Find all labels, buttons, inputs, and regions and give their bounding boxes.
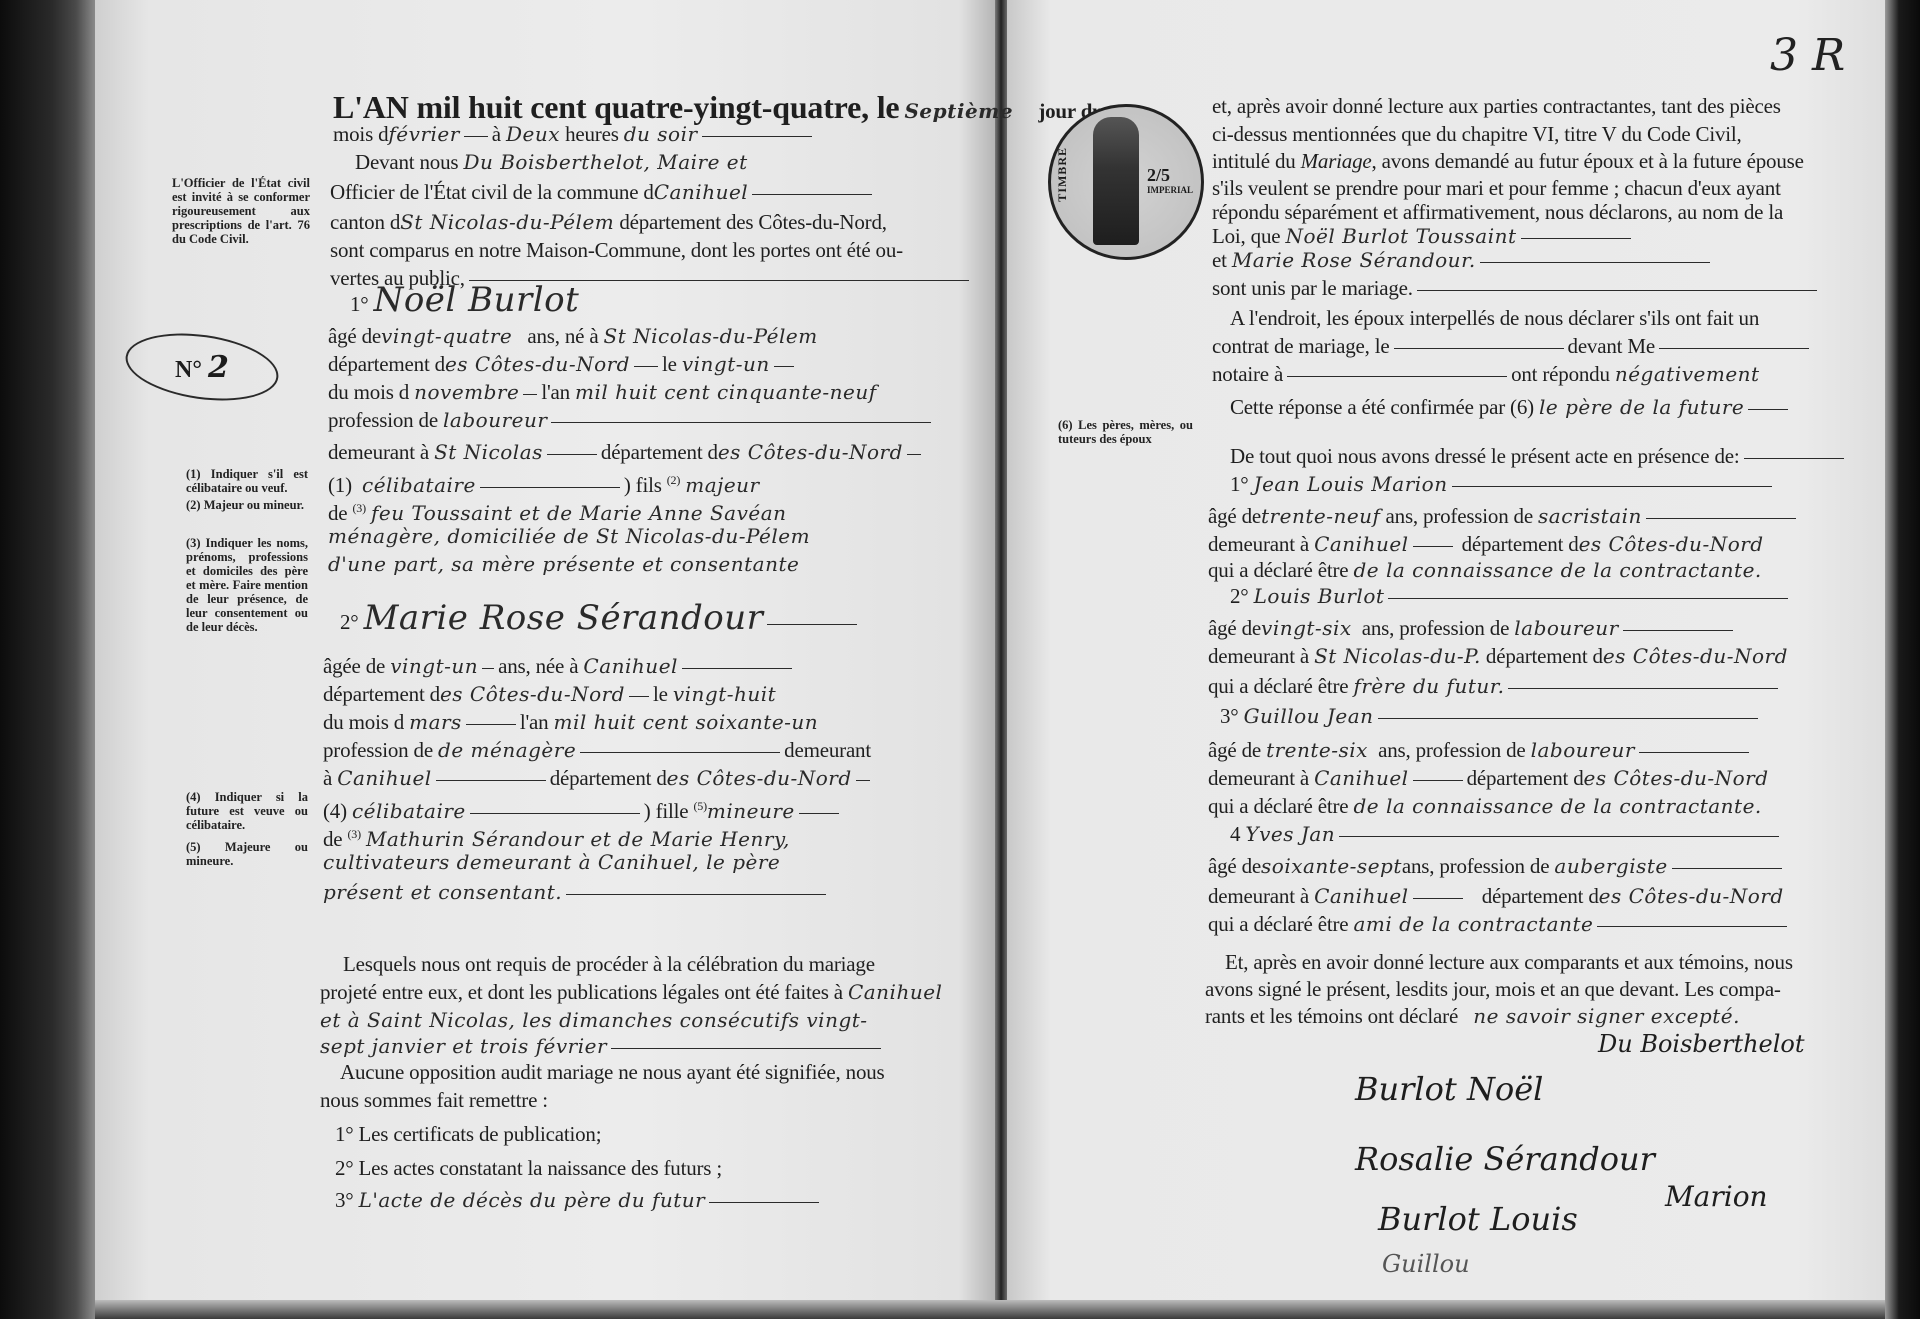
declaration-line-2: ci-dessus mentionnées que du chapitre VI… [1212,122,1742,146]
contract-line-1: A l'endroit, les époux interpellés de no… [1230,306,1759,330]
signature-mayor: Du Boisberthelot [1598,1030,1805,1058]
declaration-line-4: s'ils veulent se prendre pour mari et po… [1212,176,1781,200]
groom-age-line: âgé devingt-quatre ans, né à St Nicolas-… [328,324,818,348]
stamp-sub: IMPERIAL [1147,185,1193,195]
folio-number: 3 R [1770,30,1845,81]
witness-3-age-line: âgé de trente-six ans, profession de lab… [1208,738,1753,762]
witness-3-relation-line: qui a déclaré être de la connaissance de… [1208,794,1762,818]
groom-profession-line: profession de laboureur [328,408,935,432]
witnesses-intro: De tout quoi nous avons dressé le présen… [1230,444,1848,468]
declaration-line-3: intitulé du Mariage, avons demandé au fu… [1212,149,1804,173]
witness-2-residence-line: demeurant à St Nicolas-du-P. département… [1208,644,1788,668]
witness-2-relation-line: qui a déclaré être frère du futur. [1208,674,1782,698]
publications-line-4: sept janvier et trois février [320,1034,885,1058]
header-line-4: Officier de l'État civil de la commune d… [330,180,876,204]
documents-item-2: 2° Les actes constatant la naissance des… [335,1156,722,1180]
act-number: N°2 [175,350,229,385]
bride-birth-dept-line: département des Côtes-du-Nordle vingt-hu… [323,682,776,706]
publications-line-1: Lesquels nous ont requis de procéder à l… [343,952,875,976]
witness-2-age-line: âgé devingt-six ans, profession de labou… [1208,616,1737,640]
signature-guillou: Guillou [1382,1250,1470,1278]
groom-parents-line-3: d'une part, sa mère présente et consenta… [328,552,799,576]
book-binding-left [0,0,95,1319]
publications-line-6: nous sommes fait remettre : [320,1088,548,1112]
publications-line-5: Aucune opposition audit mariage ne nous … [340,1060,885,1084]
bride-residence-line: à Canihueldépartement des Côtes-du-Nord [323,766,874,790]
publications-line-3: et à Saint Nicolas, les dimanches conséc… [320,1008,868,1032]
declaration-line-6: Loi, que Noël Burlot Toussaint [1212,224,1635,248]
header-line-3: Devant nous Du Boisberthelot, Maire et [355,150,748,174]
declaration-line-8: sont unis par le mariage. [1212,276,1821,300]
bride-parents-line-3: présent et consentant. [323,880,830,904]
documents-item-3: 3° L'acte de décès du père du futur [335,1188,823,1212]
bride-parents-line-1: de (3) Mathurin Sérandour et de Marie He… [323,822,790,851]
publications-line-2: projeté entre eux, et dont les publicati… [320,980,942,1004]
documents-item-1: 1° Les certificats de publication; [335,1122,601,1146]
declaration-line-1: et, après avoir donné lecture aux partie… [1212,94,1781,118]
margin-note-4: (4) Indiquer si la future est veuve ou c… [186,790,308,832]
margin-note-6: (6) Les pères, mères, ou tuteurs des épo… [1058,418,1193,446]
book-edge-right [1885,0,1920,1319]
act-number-value: 2 [208,350,229,385]
officer-margin-note: L'Officier de l'État civil est invité à … [172,176,310,246]
groom-status-line: (1) célibataire) fils (2) majeur [328,468,760,497]
bride-age-line: âgée de vingt-unans, née à Canihuel [323,654,796,678]
signature-marion: Marion [1665,1180,1768,1213]
tax-stamp: TIMBRE 2/5 IMPERIAL [1048,104,1204,260]
groom-birth-dept-line: département des Côtes-du-Nordle vingt-un [328,352,798,376]
groom-name-line: 1° Noël Burlot [350,288,579,316]
witness-2-name-line: 2° Louis Burlot [1230,584,1792,608]
stamp-label: TIMBRE [1055,147,1070,202]
contract-line-3: notaire àont répondu négativement [1212,362,1760,386]
margin-note-3: (3) Indiquer les noms, prénoms, professi… [186,536,308,634]
bride-name: Marie Rose Sérandour [364,598,764,638]
witness-3-residence-line: demeurant à Canihueldépartement des Côte… [1208,766,1769,790]
bride-profession-line: profession de de ménagèredemeurant [323,738,871,762]
witness-1-name-line: 1° Jean Louis Marion [1230,472,1776,496]
signature-groom: Burlot Noël [1355,1070,1543,1108]
declaration-line-5: répondu séparément et affirmativement, n… [1212,200,1783,224]
witness-4-relation-line: qui a déclaré être ami de la contractant… [1208,912,1791,936]
header-line-5: canton dSt Nicolas-du-Pélem département … [330,210,887,234]
signature-rosalie: Rosalie Sérandour [1355,1140,1655,1178]
witness-1-residence-line: demeurant à Canihuel département des Côt… [1208,532,1764,556]
closing-line-3: rants et les témoins ont déclaré ne savo… [1205,1004,1740,1028]
header-line-1: L'AN mil huit cent quatre-yingt-quatre, … [333,95,1104,123]
witness-1-age-line: âgé detrente-neuf ans, profession de sac… [1208,504,1800,528]
closing-line-2: avons signé le présent, lesdits jour, mo… [1205,977,1781,1001]
margin-note-2: (2) Majeur ou mineur. [186,498,308,512]
bride-birth-month-line: du mois d marsl'an mil huit cent soixant… [323,710,818,734]
groom-residence-line: demeurant à St Nicolasdépartement des Cô… [328,440,925,464]
contract-line-2: contrat de mariage, ledevant Me [1212,334,1813,358]
stamp-price: 2/5 [1147,165,1170,186]
bride-status-line: (4) célibataire) fille (5)mineure [323,794,843,823]
header-line-2: mois dfévrierà Deux heures du soir [333,122,816,146]
header-line-6: sont comparus en notre Maison-Commune, d… [330,238,903,262]
act-number-label: N° [175,357,202,383]
closing-line-1: Et, après en avoir donné lecture aux com… [1225,950,1793,974]
witness-3-name-line: 3° Guillou Jean [1220,704,1762,728]
groom-parents-line-1: de (3) feu Toussaint et de Marie Anne Sa… [328,496,787,525]
book-gutter [995,0,1007,1319]
declaration-line-7: et Marie Rose Sérandour. [1212,248,1714,272]
witness-4-name-line: 4 Yves Jan [1230,822,1783,846]
page-bottom-edge [95,1300,1885,1319]
groom-birth-month-line: du mois d novembrel'an mil huit cent cin… [328,380,877,404]
margin-note-1: (1) Indiquer s'il est célibataire ou veu… [186,467,308,495]
signature-louis-burlot: Burlot Louis [1378,1200,1578,1238]
margin-note-5: (5) Majeure ou mineure. [186,840,308,868]
confirmation-line: Cette réponse a été confirmée par (6) le… [1230,395,1792,419]
witness-4-age-line: âgé desoixante-septans, profession de au… [1208,854,1786,878]
bride-parents-line-2: cultivateurs demeurant à Canihuel, le pè… [323,850,780,874]
witness-1-relation-line: qui a déclaré être de la connaissance de… [1208,558,1762,582]
justice-figure-icon [1093,117,1139,245]
witness-4-residence-line: demeurant à Canihuel département des Côt… [1208,884,1784,908]
groom-name: Noël Burlot [374,280,580,320]
groom-parents-line-2: ménagère, domiciliée de St Nicolas-du-Pé… [328,524,810,548]
bride-name-line: 2° Marie Rose Sérandour [340,606,861,634]
